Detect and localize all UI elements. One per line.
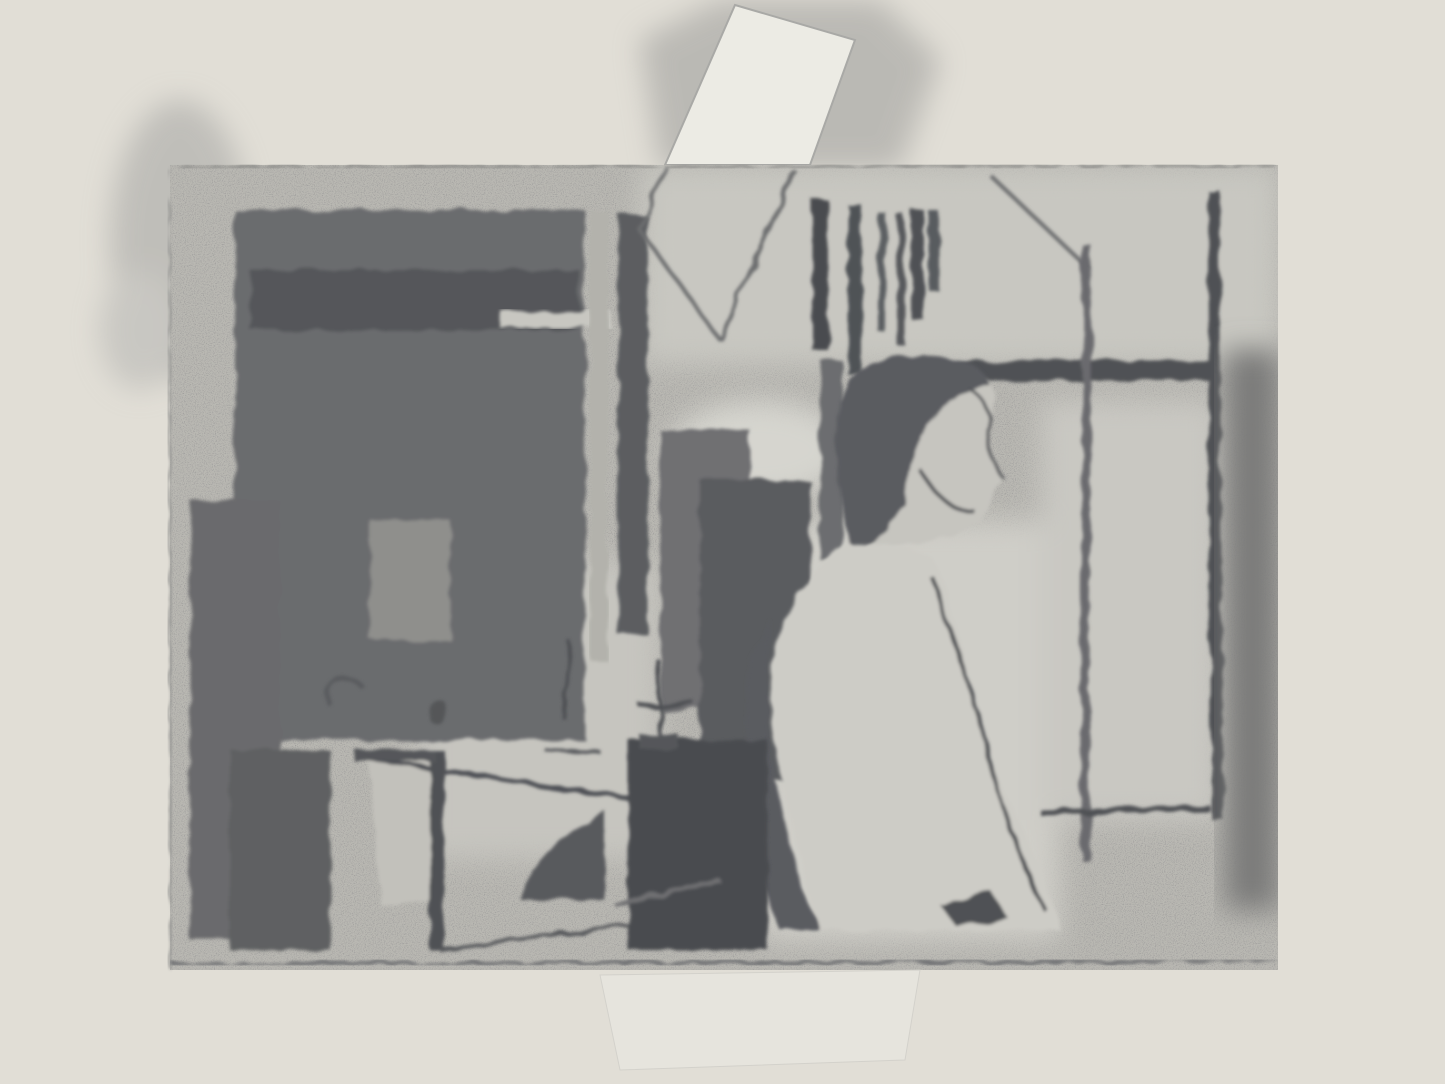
drawing-panel: [170, 165, 1280, 970]
charcoal-drawing: [0, 0, 1445, 1084]
paper-fold-shape: [600, 970, 920, 1070]
